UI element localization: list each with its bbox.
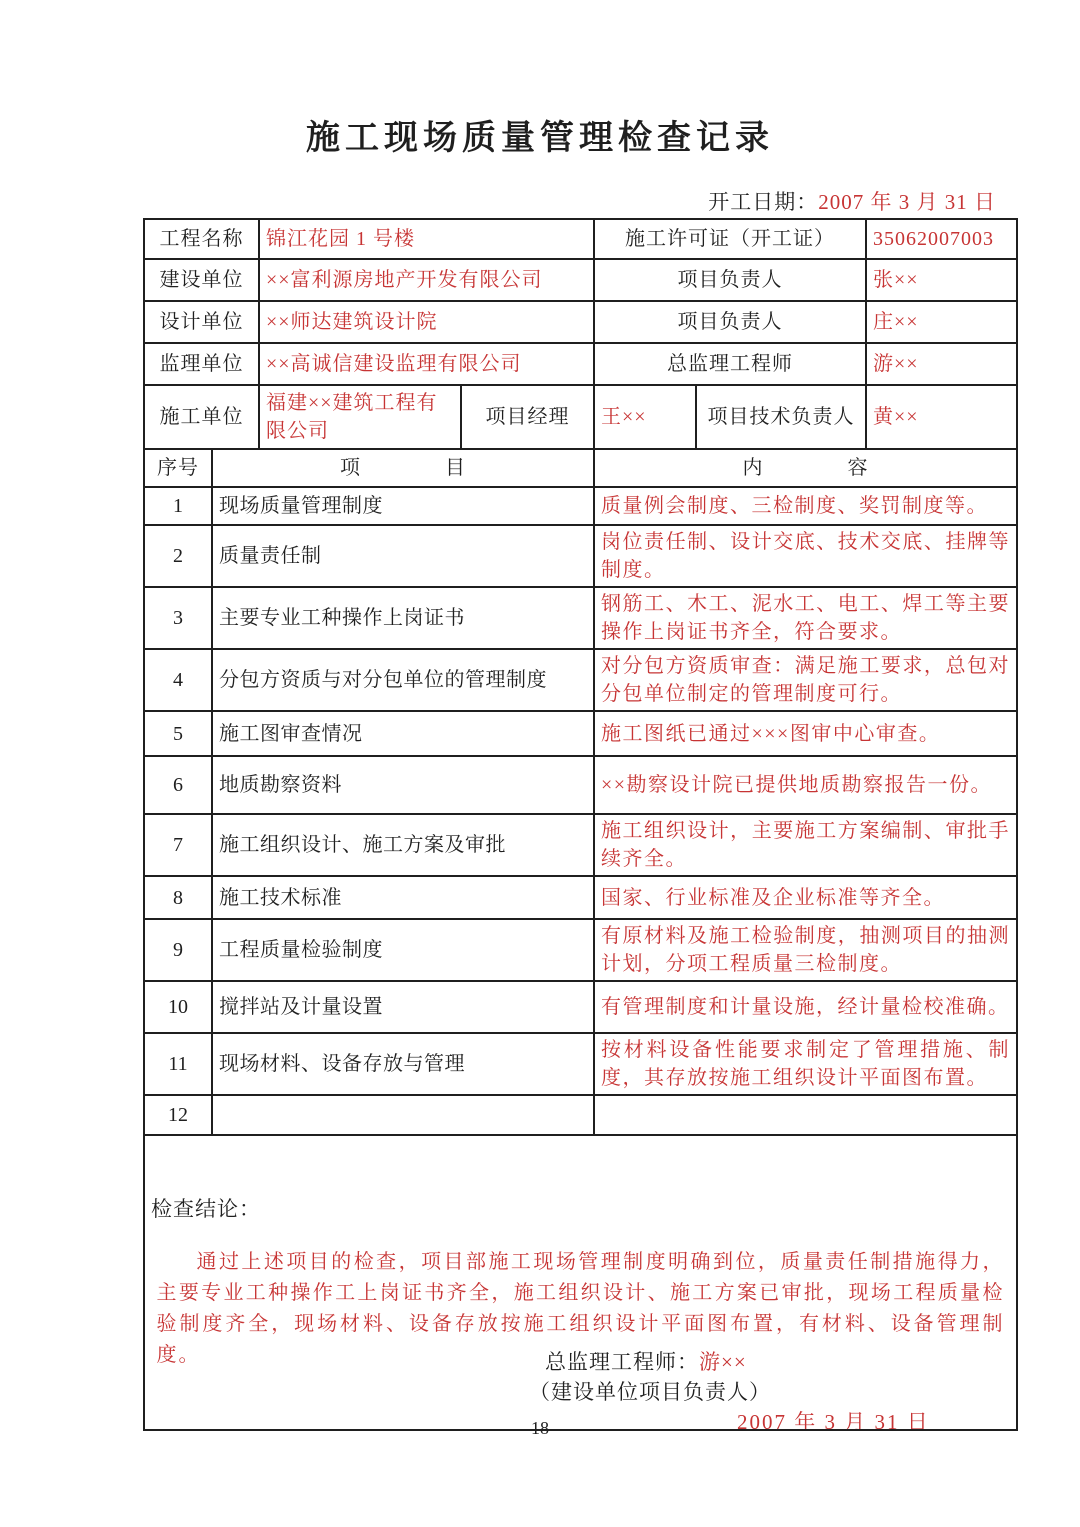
supervisor-label: 监理单位 (144, 343, 259, 385)
table-row: 施工单位 福建××建筑工程有限公司 项目经理 王×× 项目技术负责人 黄×× (144, 385, 1017, 449)
row-item: 分包方资质与对分包单位的管理制度 (212, 649, 594, 711)
checklist-row: 8 施工技术标准 国家、行业标准及企业标准等齐全。 (144, 876, 1017, 919)
row-item: 施工技术标准 (212, 876, 594, 919)
designer-label: 设计单位 (144, 301, 259, 343)
signer-label: 总监理工程师： (545, 1350, 699, 1374)
row-item: 施工图审查情况 (212, 711, 594, 756)
row-no: 8 (144, 876, 212, 919)
tech-lead-value: 黄×× (866, 385, 1017, 449)
permit-value: 35062007003 (866, 219, 1017, 259)
designer-value: ××师达建筑设计院 (259, 301, 594, 343)
row-item: 质量责任制 (212, 525, 594, 587)
row-no: 7 (144, 814, 212, 876)
row-item: 地质勘察资料 (212, 756, 594, 814)
row-no: 10 (144, 981, 212, 1033)
start-date-label: 开工日期： (708, 190, 818, 214)
col-header-content: 内 容 (594, 449, 1017, 487)
document-page: { "page": { "title": "施工现场质量管理检查记录", "st… (0, 0, 1080, 1527)
table-header-row: 序号 项 目 内 容 (144, 449, 1017, 487)
row-content: 国家、行业标准及企业标准等齐全。 (594, 876, 1017, 919)
contractor-value: 福建××建筑工程有限公司 (259, 385, 461, 449)
checklist-row: 9 工程质量检验制度 有原材料及施工检验制度，抽测项目的抽测计划，分项工程质量三… (144, 919, 1017, 981)
checklist-row: 2 质量责任制 岗位责任制、设计交底、技术交底、挂牌等制度。 (144, 525, 1017, 587)
checklist-row: 7 施工组织设计、施工方案及审批 施工组织设计，主要施工方案编制、审批手续齐全。 (144, 814, 1017, 876)
row-content: 施工组织设计，主要施工方案编制、审批手续齐全。 (594, 814, 1017, 876)
row-no: 4 (144, 649, 212, 711)
col-header-no: 序号 (144, 449, 212, 487)
developer-manager-value: 张×× (866, 259, 1017, 301)
row-no: 12 (144, 1095, 212, 1135)
table-row: 设计单位 ××师达建筑设计院 项目负责人 庄×× (144, 301, 1017, 343)
row-item: 主要专业工种操作上岗证书 (212, 587, 594, 649)
row-no: 2 (144, 525, 212, 587)
page-number: 18 (0, 1418, 1080, 1439)
signer-note: （建设单位项目负责人） (529, 1378, 771, 1406)
row-item: 工程质量检验制度 (212, 919, 594, 981)
checklist-row: 4 分包方资质与对分包单位的管理制度 对分包方资质审查：满足施工要求，总包对分包… (144, 649, 1017, 711)
row-no: 11 (144, 1033, 212, 1095)
conclusion-cell: 检查结论： 通过上述项目的检查，项目部施工现场管理制度明确到位，质量责任制措施得… (144, 1135, 1017, 1430)
row-content (594, 1095, 1017, 1135)
row-no: 6 (144, 756, 212, 814)
checklist-row: 3 主要专业工种操作上岗证书 钢筋工、木工、泥水工、电工、焊工等主要操作上岗证书… (144, 587, 1017, 649)
developer-value: ××富利源房地产开发有限公司 (259, 259, 594, 301)
row-item: 现场质量管理制度 (212, 487, 594, 525)
row-item (212, 1095, 594, 1135)
signature-line: 总监理工程师：游×× (545, 1348, 747, 1376)
permit-label: 施工许可证（开工证） (594, 219, 866, 259)
row-no: 1 (144, 487, 212, 525)
checklist-row: 11 现场材料、设备存放与管理 按材料设备性能要求制定了管理措施、制度，其存放按… (144, 1033, 1017, 1095)
checklist-row: 10 搅拌站及计量设置 有管理制度和计量设施，经计量检校准确。 (144, 981, 1017, 1033)
row-item: 搅拌站及计量设置 (212, 981, 594, 1033)
designer-manager-value: 庄×× (866, 301, 1017, 343)
project-manager-label: 项目经理 (461, 385, 594, 449)
checklist-row: 6 地质勘察资料 ××勘察设计院已提供地质勘察报告一份。 (144, 756, 1017, 814)
developer-label: 建设单位 (144, 259, 259, 301)
developer-manager-label: 项目负责人 (594, 259, 866, 301)
row-content: 对分包方资质审查：满足施工要求，总包对分包单位制定的管理制度可行。 (594, 649, 1017, 711)
row-item: 施工组织设计、施工方案及审批 (212, 814, 594, 876)
start-date-line: 开工日期：2007 年 3 月 31 日 (708, 186, 996, 216)
table-row: 建设单位 ××富利源房地产开发有限公司 项目负责人 张×× (144, 259, 1017, 301)
designer-manager-label: 项目负责人 (594, 301, 866, 343)
tech-lead-label: 项目技术负责人 (696, 385, 866, 449)
row-no: 3 (144, 587, 212, 649)
table-row: 工程名称 锦江花园 1 号楼 施工许可证（开工证） 35062007003 (144, 219, 1017, 259)
quality-record-table: 工程名称 锦江花园 1 号楼 施工许可证（开工证） 35062007003 建设… (143, 218, 1018, 1431)
checklist-row: 5 施工图审查情况 施工图纸已通过×××图审中心审查。 (144, 711, 1017, 756)
row-content: 有原材料及施工检验制度，抽测项目的抽测计划，分项工程质量三检制度。 (594, 919, 1017, 981)
row-content: 施工图纸已通过×××图审中心审查。 (594, 711, 1017, 756)
project-manager-value: 王×× (594, 385, 696, 449)
row-no: 5 (144, 711, 212, 756)
row-content: 钢筋工、木工、泥水工、电工、焊工等主要操作上岗证书齐全，符合要求。 (594, 587, 1017, 649)
contractor-label: 施工单位 (144, 385, 259, 449)
checklist-row: 1 现场质量管理制度 质量例会制度、三检制度、奖罚制度等。 (144, 487, 1017, 525)
conclusion-row: 检查结论： 通过上述项目的检查，项目部施工现场管理制度明确到位，质量责任制措施得… (144, 1135, 1017, 1430)
chief-engineer-value: 游×× (866, 343, 1017, 385)
chief-engineer-label: 总监理工程师 (594, 343, 866, 385)
row-content: 有管理制度和计量设施，经计量检校准确。 (594, 981, 1017, 1033)
row-content: 按材料设备性能要求制定了管理措施、制度，其存放按施工组织设计平面图布置。 (594, 1033, 1017, 1095)
project-name-value: 锦江花园 1 号楼 (259, 219, 594, 259)
row-content: ××勘察设计院已提供地质勘察报告一份。 (594, 756, 1017, 814)
col-header-item: 项 目 (212, 449, 594, 487)
row-item: 现场材料、设备存放与管理 (212, 1033, 594, 1095)
page-title: 施工现场质量管理检查记录 (0, 110, 1080, 159)
signer-name: 游×× (699, 1350, 747, 1374)
table-row: 监理单位 ××高诚信建设监理有限公司 总监理工程师 游×× (144, 343, 1017, 385)
supervisor-value: ××高诚信建设监理有限公司 (259, 343, 594, 385)
row-no: 9 (144, 919, 212, 981)
row-content: 质量例会制度、三检制度、奖罚制度等。 (594, 487, 1017, 525)
checklist-row: 12 (144, 1095, 1017, 1135)
project-name-label: 工程名称 (144, 219, 259, 259)
conclusion-label: 检查结论： (151, 1195, 1010, 1223)
row-content: 岗位责任制、设计交底、技术交底、挂牌等制度。 (594, 525, 1017, 587)
start-date-value: 2007 年 3 月 31 日 (818, 190, 996, 214)
